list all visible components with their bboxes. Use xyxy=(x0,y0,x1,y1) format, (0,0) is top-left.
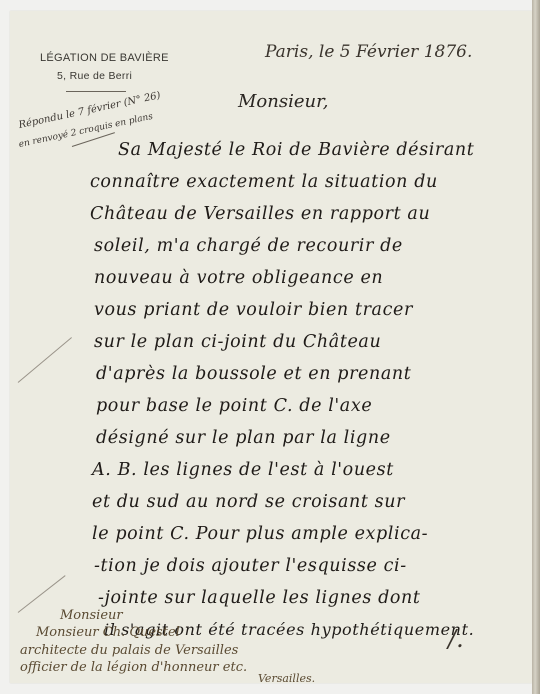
signature-mark: /. xyxy=(448,625,464,653)
recipient-line: Monsieur xyxy=(60,608,123,623)
body-line: A. B. les lignes de l'est à l'ouest xyxy=(92,460,394,480)
recipient-line: Versailles. xyxy=(258,672,315,685)
annotation-rule xyxy=(66,91,126,92)
recipient-line: Monsieur Ch. Questel xyxy=(36,625,180,640)
letterhead-address: 5, Rue de Berri xyxy=(57,70,132,82)
body-line: et du sud au nord se croisant sur xyxy=(92,492,405,512)
body-line: d'après la boussole et en prenant xyxy=(96,364,411,384)
body-line: soleil, m'a chargé de recourir de xyxy=(94,236,403,256)
salutation: Monsieur, xyxy=(238,91,328,112)
binding-edge xyxy=(532,0,540,694)
body-line: Sa Majesté le Roi de Bavière désirant xyxy=(118,140,474,160)
letterhead-name: LÉGATION DE BAVIÈRE xyxy=(40,52,169,64)
date-line: Paris, le 5 Février 1876. xyxy=(265,42,472,62)
body-line: Château de Versailles en rapport au xyxy=(90,204,430,224)
letterhead: LÉGATION DE BAVIÈRE 5, Rue de Berri xyxy=(40,52,169,64)
body-line: -tion je dois ajouter l'esquisse ci- xyxy=(94,556,407,576)
body-line: nouveau à votre obligeance en xyxy=(94,268,383,288)
recipient-line: officier de la légion d'honneur etc. xyxy=(20,660,247,675)
body-line: pour base le point C. de l'axe xyxy=(96,396,372,416)
body-line: sur le plan ci-joint du Château xyxy=(94,332,381,352)
body-line: connaître exactement la situation du xyxy=(90,172,438,192)
body-line: désigné sur le plan par la ligne xyxy=(96,428,391,448)
recipient-line: architecte du palais de Versailles xyxy=(20,643,238,658)
body-line: le point C. Pour plus ample explica- xyxy=(92,524,428,544)
body-line: vous priant de vouloir bien tracer xyxy=(94,300,413,320)
body-line: -jointe sur laquelle les lignes dont xyxy=(98,588,421,608)
